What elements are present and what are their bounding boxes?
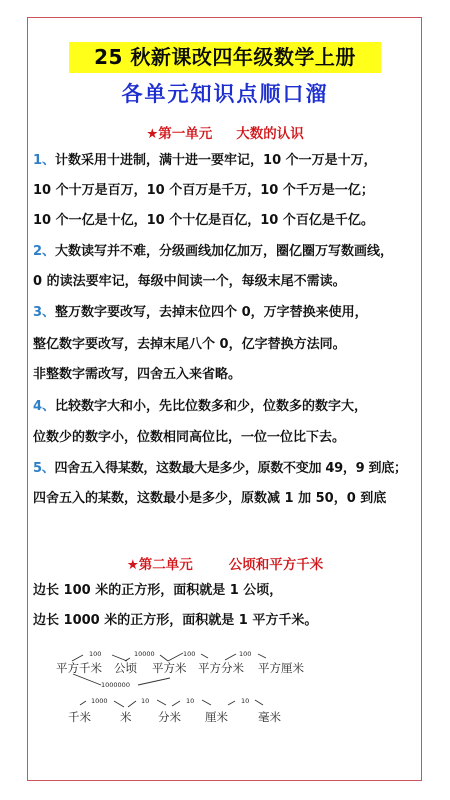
- rate-cm-mm: 10: [241, 697, 249, 705]
- unit1-item2-line1: 2、大数读写并不难，分级画线加亿加万，圈亿圈万写数画线，: [33, 243, 393, 261]
- rate-m-dm: 10: [141, 697, 149, 705]
- unit1-item3-line1: 3、整万数字要改写，去掉末位四个 0，万字替换来使用，: [33, 304, 368, 322]
- rate-sqkm-hectare: 100: [89, 650, 101, 658]
- unit1-item1-line2: 10 个十万是百万，10 个百万是千万，10 个千万是一亿；: [33, 182, 374, 200]
- unit1-item2-line2: 0 的读法要牢记，每级中间读一个，每级末尾不需读。: [33, 273, 346, 291]
- unit2-heading: ★第二单元公顷和平方千米: [0, 553, 450, 573]
- unit1-item3-line2: 整亿数字要改写，去掉末尾八个 0，亿字替换方法同。: [33, 336, 346, 354]
- unit1-heading-topic: 大数的认识: [236, 126, 304, 142]
- unit-decimeter: 分米: [158, 709, 181, 725]
- rate-sqm-sqdm: 100: [183, 650, 195, 658]
- unit1-item5-line1: 5、四舍五入得某数，这数最大是多少，原数不变加 49，9 到底；: [33, 460, 407, 478]
- unit1-item4-line2: 位数少的数字小，位数相同高位比，一位一位比下去。: [33, 429, 345, 447]
- rate-sqkm-sqm: 1000000: [101, 681, 130, 689]
- unit1-item5-line2: 四舍五入的某数，这数最小是多少，原数减 1 加 50，0 到底: [33, 490, 386, 508]
- unit1-item1-line3: 10 个一亿是十亿，10 个十亿是百亿，10 个百亿是千亿。: [33, 212, 374, 230]
- rate-dm-cm: 10: [186, 697, 194, 705]
- unit2-heading-topic: 公顷和平方千米: [229, 557, 324, 573]
- unit1-item3-line3: 非整数字需改写，四舍五入来省略。: [33, 366, 241, 384]
- unit1-item1-line1: 1、计数采用十进制，满十进一要牢记，10 个一万是十万，: [33, 152, 377, 170]
- unit-sq-meter: 平方米: [152, 660, 187, 676]
- unit-centimeter: 厘米: [205, 709, 228, 725]
- rate-sqdm-sqcm: 100: [239, 650, 251, 658]
- unit-meter: 米: [120, 709, 132, 725]
- rate-hectare-sqm: 10000: [134, 650, 155, 658]
- unit-kilometer: 千米: [68, 709, 91, 725]
- unit2-line2: 边长 1000 米的正方形，面积就是 1 平方千米。: [33, 612, 317, 630]
- unit-sq-decimeter: 平方分米: [198, 660, 244, 676]
- page-title: 25 秋新课改四年级数学上册: [69, 42, 381, 73]
- unit-sq-kilometer: 平方千米: [56, 660, 102, 676]
- unit2-heading-prefix: ★第二单元: [127, 557, 193, 573]
- unit-sq-centimeter: 平方厘米: [258, 660, 304, 676]
- unit1-heading-prefix: ★第一单元: [146, 126, 212, 142]
- unit-hectare: 公顷: [114, 660, 137, 676]
- rate-km-m: 1000: [91, 697, 108, 705]
- unit2-line1: 边长 100 米的正方形，面积就是 1 公顷，: [33, 582, 282, 600]
- unit1-item4-line1: 4、比较数字大和小，先比位数多和少，位数多的数字大，: [33, 398, 367, 416]
- page-subtitle: 各单元知识点顺口溜: [0, 78, 450, 108]
- unit-millimeter: 毫米: [258, 709, 281, 725]
- unit1-heading: ★第一单元大数的认识: [0, 122, 450, 142]
